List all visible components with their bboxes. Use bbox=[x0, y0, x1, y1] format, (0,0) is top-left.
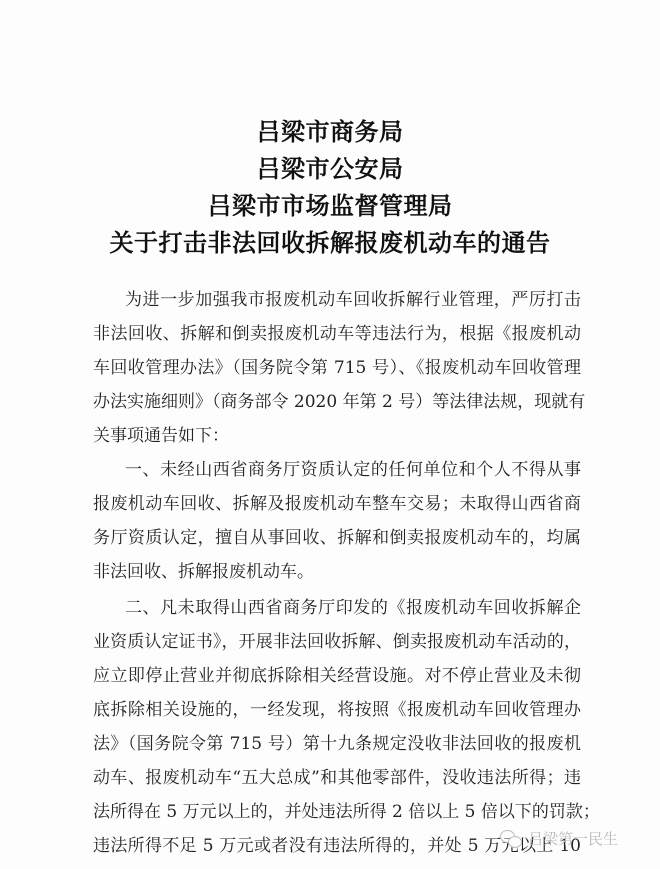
body-line: 业资质认定证书》，开展非法回收拆解、倒卖报废机动车活动的， bbox=[93, 630, 581, 654]
issuer-title-market-supervision: 吕梁市市场监督管理局 bbox=[0, 191, 660, 221]
issuer-title-commerce: 吕梁市商务局 bbox=[0, 117, 660, 147]
body-line: 底拆除相关设施的，一经发现，将按照《报废机动车回收管理办 bbox=[93, 698, 581, 722]
document-page: 吕梁市商务局 吕梁市公安局 吕梁市市场监督管理局 关于打击非法回收拆解报废机动车… bbox=[0, 0, 660, 869]
body-line: 办法实施细则》（商务部令 2020 年第 2 号）等法律法规，现就有 bbox=[93, 390, 581, 414]
watermark-text: 吕梁第一民生 bbox=[528, 828, 618, 849]
notice-title: 关于打击非法回收拆解报废机动车的通告 bbox=[0, 228, 660, 258]
watermark: 吕梁第一民生 bbox=[500, 828, 618, 849]
body-line: 为进一步加强我市报废机动车回收拆解行业管理，严厉打击 bbox=[125, 288, 581, 312]
body-line: 应立即停止营业并彻底拆除相关经营设施。对不停止营业及未彻 bbox=[93, 664, 581, 688]
body-line: 非法回收、拆解报废机动车。 bbox=[93, 560, 581, 584]
body-line: 车回收管理办法》（国务院令第 715 号）、《报废机动车回收管理 bbox=[93, 356, 581, 380]
body-line: 关事项通告如下： bbox=[93, 424, 581, 448]
body-line: 二、凡未取得山西省商务厅印发的《报废机动车回收拆解企 bbox=[125, 596, 581, 620]
wechat-icon bbox=[500, 830, 522, 848]
body-line: 报废机动车回收、拆解及报废机动车整车交易；未取得山西省商 bbox=[93, 492, 581, 516]
issuer-title-police: 吕梁市公安局 bbox=[0, 154, 660, 184]
body-line: 非法回收、拆解和倒卖报废机动车等违法行为，根据《报废机动 bbox=[93, 322, 581, 346]
body-line: 一、未经山西省商务厅资质认定的任何单位和个人不得从事 bbox=[125, 458, 581, 482]
body-line: 动车、报废机动车“五大总成”和其他零部件，没收违法所得；违 bbox=[93, 766, 581, 790]
body-line: 法》（国务院令第 715 号）第十九条规定没收非法回收的报废机 bbox=[93, 732, 581, 756]
body-line: 法所得在 5 万元以上的，并处违法所得 2 倍以上 5 倍以下的罚款； bbox=[93, 800, 581, 824]
body-line: 务厅资质认定，擅自从事回收、拆解和倒卖报废机动车的，均属 bbox=[93, 526, 581, 550]
